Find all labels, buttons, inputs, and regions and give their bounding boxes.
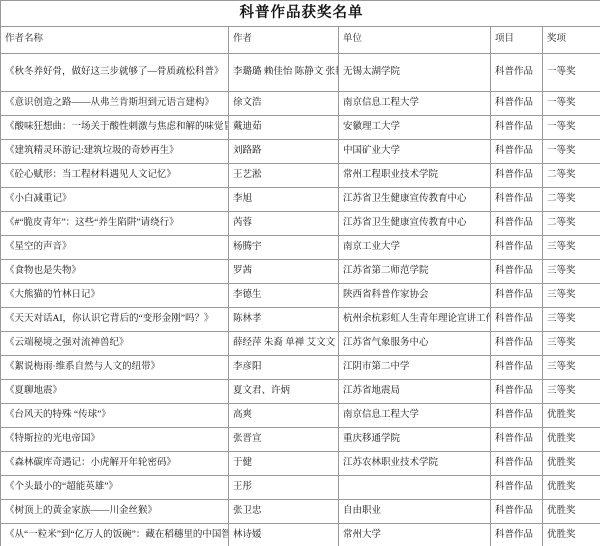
award-cell: 一等奖 <box>543 92 600 116</box>
award-cell: 优胜奖 <box>543 404 600 428</box>
award-cell: 二等奖 <box>543 164 600 188</box>
project-cell: 科普作品 <box>491 356 543 380</box>
award-list-table: 科普作品获奖名单 作者名称 作者 单位 项目 奖项 《秋冬养好骨，做好这三步就够… <box>0 0 600 546</box>
author-cell: 李德生 <box>229 284 339 308</box>
author-cell: 戴迪茹 <box>229 116 339 140</box>
unit-cell: 南京工业大学 <box>339 236 491 260</box>
author-cell: 李旭 <box>229 188 339 212</box>
unit-cell: 陕西省科普作家协会 <box>339 284 491 308</box>
work-title-cell: 《食物也是失物》 <box>1 260 229 284</box>
project-cell: 科普作品 <box>491 116 543 140</box>
header-unit: 单位 <box>339 27 491 54</box>
project-cell: 科普作品 <box>491 404 543 428</box>
author-cell: 张卫忠 <box>229 500 339 524</box>
project-cell: 科普作品 <box>491 428 543 452</box>
unit-cell: 江苏省地震局 <box>339 380 491 404</box>
work-title-cell: 《星空的声音》 <box>1 236 229 260</box>
work-title-cell: 《大熊猫的竹林日记》 <box>1 284 229 308</box>
work-title-cell: 《个头最小的“超能英雄”》 <box>1 476 229 500</box>
table-row: 《特斯拉的光电帝国》 张晋宣 重庆移通学院 科普作品 优胜奖 <box>1 428 600 452</box>
document-page: 科普作品获奖名单 作者名称 作者 单位 项目 奖项 《秋冬养好骨，做好这三步就够… <box>0 0 600 546</box>
project-cell: 科普作品 <box>491 476 543 500</box>
award-cell: 三等奖 <box>543 284 600 308</box>
award-cell: 一等奖 <box>543 116 600 140</box>
author-cell: 徐文浩 <box>229 92 339 116</box>
author-cell: 王彤 <box>229 476 339 500</box>
work-title-cell: 《秋冬养好骨，做好这三步就够了—骨质疏松科普》 <box>1 54 229 92</box>
award-cell: 二等奖 <box>543 188 600 212</box>
project-cell: 科普作品 <box>491 452 543 476</box>
table-row: 《建筑精灵环游记:建筑垃圾的奇妙再生》 刘路路 中国矿业大学 科普作品 一等奖 <box>1 140 600 164</box>
project-cell: 科普作品 <box>491 260 543 284</box>
unit-cell: 重庆移通学院 <box>339 428 491 452</box>
project-cell: 科普作品 <box>491 164 543 188</box>
project-cell: 科普作品 <box>491 188 543 212</box>
table-row: 《台风天的特殊 “传球”》 高爽 南京信息工程大学 科普作品 优胜奖 <box>1 404 600 428</box>
author-cell: 罗茜 <box>229 260 339 284</box>
header-award: 奖项 <box>543 27 600 54</box>
work-title-cell: 《从“一粒米”到“亿万人的饭碗”：藏在稻穗里的中国智慧》 <box>1 524 229 546</box>
unit-cell: 安徽理工大学 <box>339 116 491 140</box>
unit-cell: 自由职业 <box>339 500 491 524</box>
project-cell: 科普作品 <box>491 308 543 332</box>
header-project: 项目 <box>491 27 543 54</box>
unit-cell: 江苏省卫生健康宣传教育中心 <box>339 212 491 236</box>
project-cell: 科普作品 <box>491 92 543 116</box>
award-cell: 优胜奖 <box>543 452 600 476</box>
header-author: 作者 <box>229 27 339 54</box>
table-row: 《酸味狂想曲：一场关于酸性刺激与焦虑和解的味觉冒险》 戴迪茹 安徽理工大学 科普… <box>1 116 600 140</box>
table-row: 《意识创造之路——从弗兰肯斯坦到元语言建构》 徐文浩 南京信息工程大学 科普作品… <box>1 92 600 116</box>
project-cell: 科普作品 <box>491 380 543 404</box>
unit-cell: 江苏省第二师范学院 <box>339 260 491 284</box>
project-cell: 科普作品 <box>491 332 543 356</box>
unit-cell: 江苏省气象服务中心 <box>339 332 491 356</box>
author-cell: 李彦阳 <box>229 356 339 380</box>
award-cell: 三等奖 <box>543 236 600 260</box>
table-row: 《秋冬养好骨，做好这三步就够了—骨质疏松科普》 李璐璐 赖佳怡 陈静文 张艳（指… <box>1 54 600 92</box>
award-cell: 优胜奖 <box>543 500 600 524</box>
award-cell: 优胜奖 <box>543 428 600 452</box>
author-cell: 林诗媛 <box>229 524 339 546</box>
unit-cell: 南京信息工程大学 <box>339 92 491 116</box>
author-cell: 杨腾宇 <box>229 236 339 260</box>
table-title-row: 科普作品获奖名单 <box>1 1 600 27</box>
table-row: 《树顶上的黄金家族——川金丝猴》 张卫忠 自由职业 科普作品 优胜奖 <box>1 500 600 524</box>
project-cell: 科普作品 <box>491 212 543 236</box>
unit-cell: 江阴市第二中学 <box>339 356 491 380</box>
table-row: 《食物也是失物》 罗茜 江苏省第二师范学院 科普作品 三等奖 <box>1 260 600 284</box>
unit-cell: 杭州余杭彩虹人生青年理论宣讲工作室 <box>339 308 491 332</box>
work-title-cell: 《#“脆皮青年”：这些“养生陷阱”请绕行》 <box>1 212 229 236</box>
table-row: 《絮说梅雨·维系自然与人文的纽带》 李彦阳 江阴市第二中学 科普作品 三等奖 <box>1 356 600 380</box>
author-cell: 夏文君、许炳 <box>229 380 339 404</box>
unit-cell: 常州工程职业技术学院 <box>339 164 491 188</box>
table-row: 《大熊猫的竹林日记》 李德生 陕西省科普作家协会 科普作品 三等奖 <box>1 284 600 308</box>
project-cell: 科普作品 <box>491 284 543 308</box>
award-cell: 二等奖 <box>543 212 600 236</box>
award-cell: 一等奖 <box>543 54 600 92</box>
award-cell: 一等奖 <box>543 140 600 164</box>
author-cell: 高爽 <box>229 404 339 428</box>
project-cell: 科普作品 <box>491 54 543 92</box>
table-row: 《砼心赋形：当工程材料遇见人文记忆》 王艺淞 常州工程职业技术学院 科普作品 二… <box>1 164 600 188</box>
author-cell: 薛经萍 朱裔 单禅 艾文文 <box>229 332 339 356</box>
author-cell: 陈林孝 <box>229 308 339 332</box>
table-row: 《星空的声音》 杨腾宇 南京工业大学 科普作品 三等奖 <box>1 236 600 260</box>
author-cell: 王艺淞 <box>229 164 339 188</box>
author-cell: 李璐璐 赖佳怡 陈静文 张艳（指导老师） <box>229 54 339 92</box>
work-title-cell: 《砼心赋形：当工程材料遇见人文记忆》 <box>1 164 229 188</box>
award-cell: 三等奖 <box>543 308 600 332</box>
author-cell: 于健 <box>229 452 339 476</box>
table-row: 《云端秘境之强对流神兽纪》 薛经萍 朱裔 单禅 艾文文 江苏省气象服务中心 科普… <box>1 332 600 356</box>
table-row: 《夏聊地震》 夏文君、许炳 江苏省地震局 科普作品 三等奖 <box>1 380 600 404</box>
table-header-row: 作者名称 作者 单位 项目 奖项 <box>1 27 600 54</box>
work-title-cell: 《云端秘境之强对流神兽纪》 <box>1 332 229 356</box>
award-cell: 三等奖 <box>543 380 600 404</box>
unit-cell: 常州大学 <box>339 524 491 546</box>
project-cell: 科普作品 <box>491 524 543 546</box>
table-row: 《森林碳库奇遇记：小虎解开年轮密码》 于健 江苏农林职业技术学院 科普作品 优胜… <box>1 452 600 476</box>
work-title-cell: 《建筑精灵环游记:建筑垃圾的奇妙再生》 <box>1 140 229 164</box>
author-cell: 张晋宣 <box>229 428 339 452</box>
award-cell: 三等奖 <box>543 356 600 380</box>
work-title-cell: 《夏聊地震》 <box>1 380 229 404</box>
award-cell: 优胜奖 <box>543 524 600 546</box>
table-row: 《从“一粒米”到“亿万人的饭碗”：藏在稻穗里的中国智慧》 林诗媛 常州大学 科普… <box>1 524 600 546</box>
unit-cell: 无锡太湖学院 <box>339 54 491 92</box>
page-title: 科普作品获奖名单 <box>1 1 600 27</box>
work-title-cell: 《小白减重记》 <box>1 188 229 212</box>
work-title-cell: 《酸味狂想曲：一场关于酸性刺激与焦虑和解的味觉冒险》 <box>1 116 229 140</box>
work-title-cell: 《絮说梅雨·维系自然与人文的纽带》 <box>1 356 229 380</box>
unit-cell: 南京信息工程大学 <box>339 404 491 428</box>
author-cell: 芮蓉 <box>229 212 339 236</box>
header-work-title: 作者名称 <box>1 27 229 54</box>
project-cell: 科普作品 <box>491 236 543 260</box>
unit-cell <box>339 476 491 500</box>
unit-cell: 江苏省卫生健康宣传教育中心 <box>339 188 491 212</box>
table-row: 《个头最小的“超能英雄”》 王彤 科普作品 优胜奖 <box>1 476 600 500</box>
project-cell: 科普作品 <box>491 140 543 164</box>
work-title-cell: 《特斯拉的光电帝国》 <box>1 428 229 452</box>
table-row: 《天天对话AI，你认识它背后的“变形金刚”吗？》 陈林孝 杭州余杭彩虹人生青年理… <box>1 308 600 332</box>
work-title-cell: 《森林碳库奇遇记：小虎解开年轮密码》 <box>1 452 229 476</box>
unit-cell: 江苏农林职业技术学院 <box>339 452 491 476</box>
work-title-cell: 《台风天的特殊 “传球”》 <box>1 404 229 428</box>
table-row: 《小白减重记》 李旭 江苏省卫生健康宣传教育中心 科普作品 二等奖 <box>1 188 600 212</box>
award-cell: 三等奖 <box>543 260 600 284</box>
work-title-cell: 《意识创造之路——从弗兰肯斯坦到元语言建构》 <box>1 92 229 116</box>
award-cell: 优胜奖 <box>543 476 600 500</box>
author-cell: 刘路路 <box>229 140 339 164</box>
work-title-cell: 《树顶上的黄金家族——川金丝猴》 <box>1 500 229 524</box>
table-row: 《#“脆皮青年”：这些“养生陷阱”请绕行》 芮蓉 江苏省卫生健康宣传教育中心 科… <box>1 212 600 236</box>
project-cell: 科普作品 <box>491 500 543 524</box>
award-cell: 三等奖 <box>543 332 600 356</box>
work-title-cell: 《天天对话AI，你认识它背后的“变形金刚”吗？》 <box>1 308 229 332</box>
unit-cell: 中国矿业大学 <box>339 140 491 164</box>
